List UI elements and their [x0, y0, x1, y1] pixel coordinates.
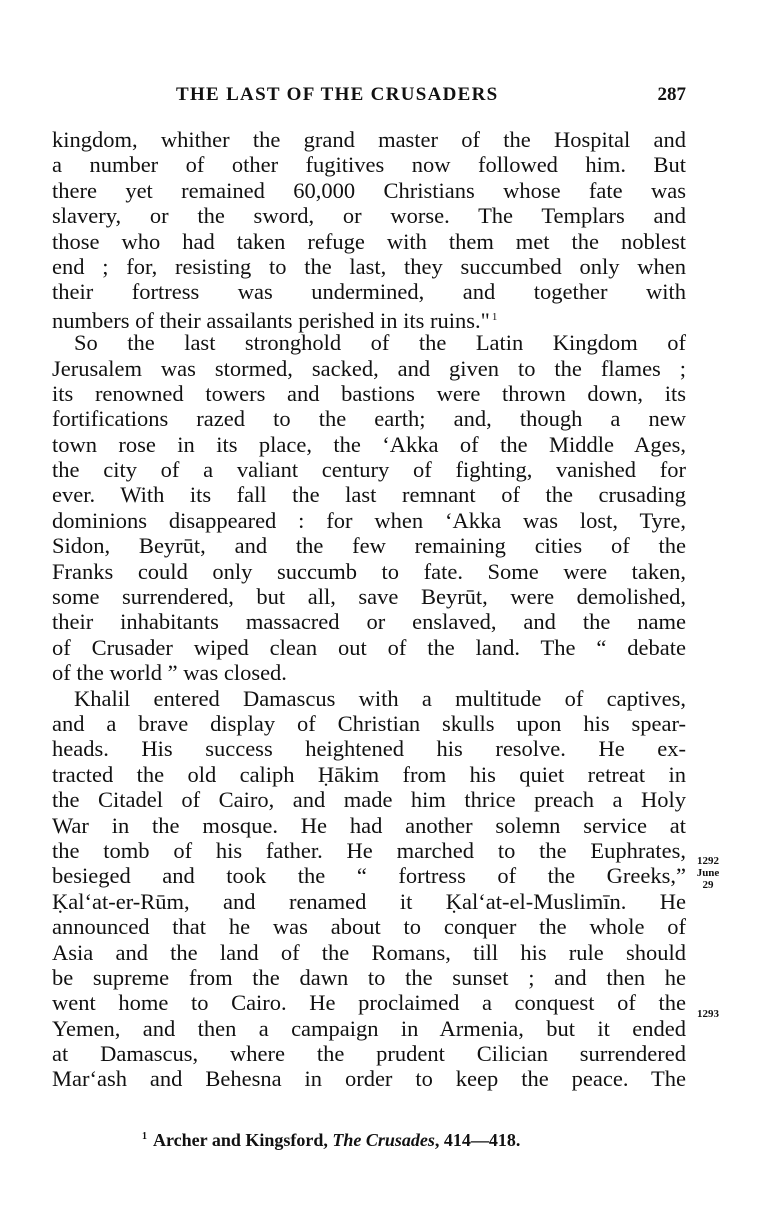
- text-line: at Damascus, where the prudent Cilician …: [52, 1041, 686, 1066]
- line-text: their fortress was undermined, and toget…: [52, 279, 686, 304]
- text-line: a number of other fugitives now followed…: [52, 152, 686, 177]
- line-text: dominions disappeared : for when ‘Akka w…: [52, 508, 686, 533]
- line-text: at Damascus, where the prudent Cilician …: [52, 1041, 686, 1066]
- line-text: Asia and the land of the Romans, till hi…: [52, 940, 686, 965]
- book-page: THE LAST OF THE CRUSADERS 287 kingdom, w…: [0, 0, 780, 1226]
- line-text: Franks could only succumb to fate. Some …: [52, 559, 686, 584]
- margin-date-note: 1293: [691, 1008, 725, 1020]
- text-line: Sidon, Beyrūt, and the few remaining cit…: [52, 533, 686, 558]
- text-line: heads. His success heightened his resolv…: [52, 736, 686, 761]
- footnote: 1Archer and Kingsford, The Crusades, 414…: [142, 1130, 520, 1151]
- text-line: and a brave display of Christian skulls …: [52, 711, 686, 736]
- line-text: heads. His success heightened his resolv…: [52, 736, 686, 761]
- margin-note-line: 1292: [691, 855, 725, 867]
- text-line: dominions disappeared : for when ‘Akka w…: [52, 508, 686, 533]
- line-text: those who had taken refuge with them met…: [52, 229, 686, 254]
- text-line: the tomb of his father. He marched to th…: [52, 838, 686, 863]
- body-text: kingdom, whither the grand master of the…: [52, 127, 686, 1092]
- line-text: there yet remained 60,000 Christians who…: [52, 178, 686, 203]
- margin-note-line: June: [691, 867, 725, 879]
- running-title: THE LAST OF THE CRUSADERS: [176, 84, 499, 106]
- footnote-authors: Archer and Kingsford,: [153, 1130, 332, 1150]
- footnote-reference: 1: [492, 311, 498, 323]
- line-text: a number of other fugitives now followed…: [52, 152, 686, 177]
- line-text: besieged and took the “ fortress of the …: [52, 863, 686, 888]
- text-line: be supreme from the dawn to the sunset ;…: [52, 965, 686, 990]
- page-number: 287: [658, 84, 687, 106]
- line-text: announced that he was about to conquer t…: [52, 914, 686, 939]
- text-line: of Crusader wiped clean out of the land.…: [52, 635, 686, 660]
- line-text: of Crusader wiped clean out of the land.…: [52, 635, 686, 660]
- text-line: its renowned towers and bastions were th…: [52, 381, 686, 406]
- text-line: Franks could only succumb to fate. Some …: [52, 559, 686, 584]
- line-text: Sidon, Beyrūt, and the few remaining cit…: [52, 533, 686, 558]
- line-text: went home to Cairo. He proclaimed a conq…: [52, 990, 686, 1015]
- text-line: end ; for, resisting to the last, they s…: [52, 254, 686, 279]
- line-text: their inhabitants massacred or enslaved,…: [52, 609, 686, 634]
- text-line: kingdom, whither the grand master of the…: [52, 127, 686, 152]
- footnote-title: The Crusades: [332, 1130, 435, 1150]
- text-line: Yemen, and then a campaign in Armenia, b…: [52, 1016, 686, 1041]
- line-text: kingdom, whither the grand master of the…: [52, 127, 686, 152]
- line-text: Ḳal‘at-er-Rūm, and renamed it Ḳal‘at-el-…: [52, 889, 686, 914]
- line-text: Mar‘ash and Behesna in order to keep the…: [52, 1066, 686, 1091]
- text-line: announced that he was about to conquer t…: [52, 914, 686, 939]
- text-line: their inhabitants massacred or enslaved,…: [52, 609, 686, 634]
- line-text: fortifications razed to the earth; and, …: [52, 406, 686, 431]
- line-text: Jerusalem was stormed, sacked, and given…: [52, 356, 686, 381]
- line-text: slavery, or the sword, or worse. The Tem…: [52, 203, 686, 228]
- text-line: numbers of their assailants perished in …: [52, 305, 686, 330]
- text-line: Jerusalem was stormed, sacked, and given…: [52, 356, 686, 381]
- line-text: So the last stronghold of the Latin King…: [74, 330, 686, 355]
- line-text: of the world ” was closed.: [52, 660, 287, 685]
- text-line: of the world ” was closed.: [52, 660, 686, 685]
- margin-note-line: 29: [691, 879, 725, 891]
- footnote-pages: , 414—418.: [435, 1130, 521, 1150]
- text-line: Asia and the land of the Romans, till hi…: [52, 940, 686, 965]
- text-line: some surrendered, but all, save Beyrūt, …: [52, 584, 686, 609]
- text-line: fortifications razed to the earth; and, …: [52, 406, 686, 431]
- line-text: tracted the old caliph Ḥākim from his qu…: [52, 762, 686, 787]
- line-text: the tomb of his father. He marched to th…: [52, 838, 686, 863]
- text-line: Mar‘ash and Behesna in order to keep the…: [52, 1066, 686, 1091]
- text-line: besieged and took the “ fortress of the …: [52, 863, 686, 888]
- line-text: numbers of their assailants perished in …: [52, 308, 490, 333]
- line-text: and a brave display of Christian skulls …: [52, 711, 686, 736]
- margin-note-line: 1293: [691, 1008, 725, 1020]
- line-text: its renowned towers and bastions were th…: [52, 381, 686, 406]
- line-text: be supreme from the dawn to the sunset ;…: [52, 965, 686, 990]
- footnote-marker: 1: [142, 1131, 147, 1142]
- line-text: War in the mosque. He had another solemn…: [52, 813, 686, 838]
- text-line: there yet remained 60,000 Christians who…: [52, 178, 686, 203]
- text-line: the Citadel of Cairo, and made him thric…: [52, 787, 686, 812]
- margin-date-note: 1292June29: [691, 855, 725, 891]
- text-line: Khalil entered Damascus with a multitude…: [52, 686, 686, 711]
- text-line: Ḳal‘at-er-Rūm, and renamed it Ḳal‘at-el-…: [52, 889, 686, 914]
- text-line: tracted the old caliph Ḥākim from his qu…: [52, 762, 686, 787]
- line-text: the city of a valiant century of fightin…: [52, 457, 686, 482]
- text-line: the city of a valiant century of fightin…: [52, 457, 686, 482]
- text-line: So the last stronghold of the Latin King…: [52, 330, 686, 355]
- text-line: their fortress was undermined, and toget…: [52, 279, 686, 304]
- text-line: went home to Cairo. He proclaimed a conq…: [52, 990, 686, 1015]
- line-text: ever. With its fall the last remnant of …: [52, 482, 686, 507]
- text-line: War in the mosque. He had another solemn…: [52, 813, 686, 838]
- text-line: ever. With its fall the last remnant of …: [52, 482, 686, 507]
- text-line: slavery, or the sword, or worse. The Tem…: [52, 203, 686, 228]
- line-text: town rose in its place, the ‘Akka of the…: [52, 432, 686, 457]
- running-head: THE LAST OF THE CRUSADERS 287: [52, 84, 686, 110]
- line-text: Khalil entered Damascus with a multitude…: [74, 686, 686, 711]
- text-line: those who had taken refuge with them met…: [52, 229, 686, 254]
- text-line: town rose in its place, the ‘Akka of the…: [52, 432, 686, 457]
- line-text: Yemen, and then a campaign in Armenia, b…: [52, 1016, 686, 1041]
- line-text: the Citadel of Cairo, and made him thric…: [52, 787, 686, 812]
- line-text: end ; for, resisting to the last, they s…: [52, 254, 686, 279]
- line-text: some surrendered, but all, save Beyrūt, …: [52, 584, 686, 609]
